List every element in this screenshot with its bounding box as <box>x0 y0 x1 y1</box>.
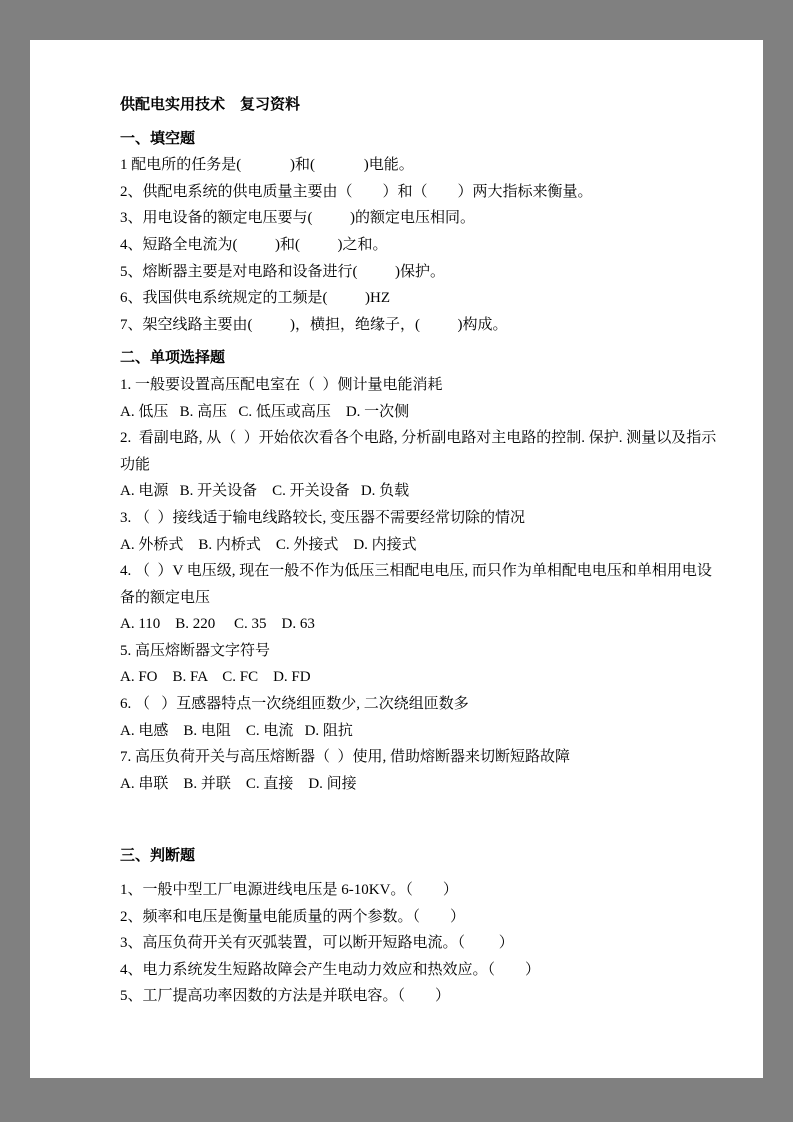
fill-item-3: 3、用电设备的额定电压要与( )的额定电压相同。 <box>120 205 723 232</box>
choice-q7-stem: 7. 高压负荷开关与高压熔断器（ ）使用, 借助熔断器来切断短路故障 <box>120 744 723 771</box>
choice-q4-options: A. 110 B. 220 C. 35 D. 63 <box>120 611 723 638</box>
judge-item-4: 4、电力系统发生短路故障会产生电动力效应和热效应。（ ） <box>120 957 723 984</box>
choice-q5-options: A. FO B. FA C. FC D. FD <box>120 664 723 691</box>
judge-item-1: 1、一般中型工厂电源进线电压是 6-10KV。（ ） <box>120 877 723 904</box>
choice-q6-stem: 6. （ ）互感器特点一次绕组匝数少, 二次绕组匝数多 <box>120 691 723 718</box>
choice-q4-stem: 4. （ ）V 电压级, 现在一般不作为低压三相配电电压, 而只作为单相配电电压… <box>120 558 723 585</box>
choice-q2-stem: 2. 看副电路, 从（ ）开始依次看各个电路, 分析副电路对主电路的控制. 保护… <box>120 425 723 452</box>
doc-title: 供配电实用技术 复习资料 <box>120 92 723 119</box>
heading-multiple-choice: 二、单项选择题 <box>120 345 723 372</box>
section-spacer <box>120 797 723 843</box>
choice-q1-stem: 1. 一般要设置高压配电室在（ ）侧计量电能消耗 <box>120 372 723 399</box>
heading-fill-in: 一、填空题 <box>120 126 723 153</box>
fill-item-6: 6、我国供电系统规定的工频是( )HZ <box>120 285 723 312</box>
judge-item-5: 5、工厂提高功率因数的方法是并联电容。（ ） <box>120 983 723 1010</box>
choice-q3-stem: 3. （ ）接线适于输电线路较长, 变压器不需要经常切除的情况 <box>120 505 723 532</box>
heading-true-false: 三、判断题 <box>120 843 723 870</box>
choice-q5-stem: 5. 高压熔断器文字符号 <box>120 638 723 665</box>
document-page: 供配电实用技术 复习资料 一、填空题 1 配电所的任务是( )和( )电能。 2… <box>30 40 763 1078</box>
fill-item-5: 5、熔断器主要是对电路和设备进行( )保护。 <box>120 259 723 286</box>
choice-q3-options: A. 外桥式 B. 内桥式 C. 外接式 D. 内接式 <box>120 532 723 559</box>
choice-q2-stem-wrap: 功能 <box>120 452 723 479</box>
choice-q2-options: A. 电源 B. 开关设备 C. 开关设备 D. 负载 <box>120 478 723 505</box>
choice-q7-options: A. 串联 B. 并联 C. 直接 D. 间接 <box>120 771 723 798</box>
choice-q4-stem-wrap: 备的额定电压 <box>120 585 723 612</box>
choice-q6-options: A. 电感 B. 电阻 C. 电流 D. 阻抗 <box>120 718 723 745</box>
fill-item-1: 1 配电所的任务是( )和( )电能。 <box>120 152 723 179</box>
choice-q1-options: A. 低压 B. 高压 C. 低压或高压 D. 一次侧 <box>120 399 723 426</box>
canvas-background: 供配电实用技术 复习资料 一、填空题 1 配电所的任务是( )和( )电能。 2… <box>0 0 793 1122</box>
fill-item-2: 2、供配电系统的供电质量主要由（ ）和（ ）两大指标来衡量。 <box>120 179 723 206</box>
fill-item-4: 4、短路全电流为( )和( )之和。 <box>120 232 723 259</box>
judge-item-3: 3、高压负荷开关有灭弧装置，可以断开短路电流。（ ） <box>120 930 723 957</box>
fill-item-7: 7、架空线路主要由( )，横担，绝缘子，( )构成。 <box>120 312 723 339</box>
judge-item-2: 2、频率和电压是衡量电能质量的两个参数。（ ） <box>120 904 723 931</box>
